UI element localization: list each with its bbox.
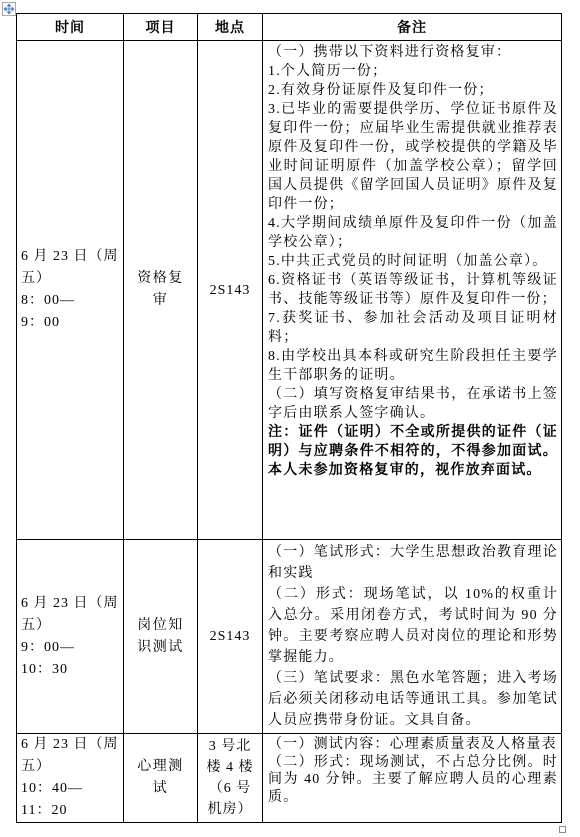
header-cell-item[interactable]: 项目 bbox=[124, 14, 198, 41]
remark-cell[interactable]: （一）携带以下资料进行资格复审： 1.个人简历一份； 2.有效身份证原件及复印件… bbox=[263, 41, 562, 540]
remark-text: （一）携带以下资料进行资格复审： 1.个人简历一份； 2.有效身份证原件及复印件… bbox=[268, 43, 558, 423]
item-text: 心理测试 bbox=[135, 756, 186, 800]
document-page: 时间 项目 地点 备注 6 月 23 日（周五） 8：00— 9：00 资格复审… bbox=[0, 0, 580, 837]
table-row: 6 月 23 日（周五） 9：00— 10：30 岗位知识测试 2S143 （一… bbox=[17, 540, 562, 734]
time-text: 6 月 23 日（周五） 9：00— 10：30 bbox=[21, 593, 121, 681]
header-cell-location[interactable]: 地点 bbox=[198, 14, 263, 41]
time-cell[interactable]: 6 月 23 日（周五） 8：00— 9：00 bbox=[17, 41, 124, 540]
item-cell[interactable]: 心理测试 bbox=[124, 734, 198, 823]
remark-text: （一）笔试形式：大学生思想政治教育理论和实践 （二）形式：现场笔试，以 10%的… bbox=[268, 542, 558, 731]
header-cell-time[interactable]: 时间 bbox=[17, 14, 124, 41]
item-text: 岗位知识测试 bbox=[135, 615, 186, 659]
item-text: 资格复审 bbox=[135, 268, 186, 312]
time-text: 6 月 23 日（周五） 8：00— 9：00 bbox=[21, 246, 121, 334]
location-text: 2S143 bbox=[204, 280, 256, 301]
table-resize-handle[interactable] bbox=[559, 826, 566, 833]
location-cell[interactable]: 2S143 bbox=[198, 41, 263, 540]
location-text: 3 号北楼 4 楼（6 号机房） bbox=[204, 736, 256, 820]
header-row: 时间 项目 地点 备注 bbox=[17, 14, 562, 41]
item-cell[interactable]: 岗位知识测试 bbox=[124, 540, 198, 734]
time-cell[interactable]: 6 月 23 日（周五） 9：00— 10：30 bbox=[17, 540, 124, 734]
location-cell[interactable]: 3 号北楼 4 楼（6 号机房） bbox=[198, 734, 263, 823]
remark-cell[interactable]: （一）笔试形式：大学生思想政治教育理论和实践 （二）形式：现场笔试，以 10%的… bbox=[263, 540, 562, 734]
time-text: 6 月 23 日（周五） 10：40— 11：20 bbox=[21, 734, 121, 822]
header-cell-remark[interactable]: 备注 bbox=[263, 14, 562, 41]
remark-note-text: 注：证件（证明）不全或所提供的证件（证明）与应聘条件不相符的，不得参加面试。本人… bbox=[268, 423, 558, 480]
table-move-handle[interactable] bbox=[2, 2, 16, 16]
location-cell[interactable]: 2S143 bbox=[198, 540, 263, 734]
item-cell[interactable]: 资格复审 bbox=[124, 41, 198, 540]
table-row: 6 月 23 日（周五） 10：40— 11：20 心理测试 3 号北楼 4 楼… bbox=[17, 734, 562, 823]
remark-text: （一）测试内容：心理素质量表及人格量表 （二）形式：现场测试，不占总分比例。时间… bbox=[268, 736, 558, 806]
schedule-table: 时间 项目 地点 备注 6 月 23 日（周五） 8：00— 9：00 资格复审… bbox=[16, 13, 562, 823]
move-cross-icon bbox=[4, 4, 14, 14]
time-cell[interactable]: 6 月 23 日（周五） 10：40— 11：20 bbox=[17, 734, 124, 823]
table-row: 6 月 23 日（周五） 8：00— 9：00 资格复审 2S143 （一）携带… bbox=[17, 41, 562, 540]
location-text: 2S143 bbox=[204, 626, 256, 647]
remark-cell[interactable]: （一）测试内容：心理素质量表及人格量表 （二）形式：现场测试，不占总分比例。时间… bbox=[263, 734, 562, 823]
